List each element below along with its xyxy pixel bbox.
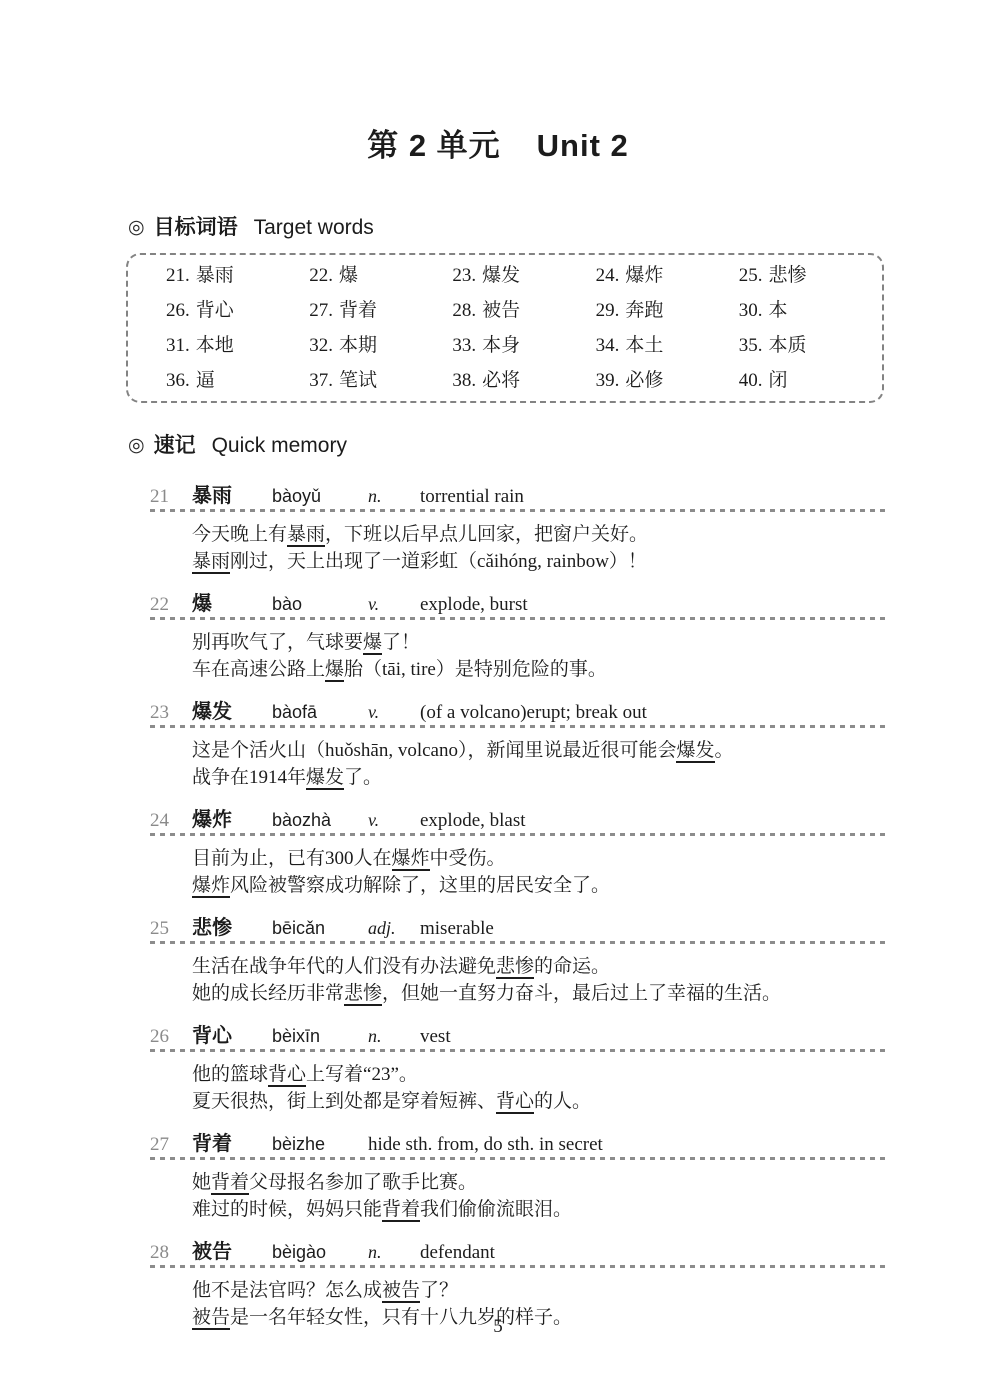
sentence-text: 的命运。 <box>534 956 610 977</box>
entry-part-of-speech: v. <box>368 702 420 723</box>
example-sentence: 这是个活火山（huǒshān, volcano），新闻里说最近很可能会爆发。 <box>192 737 890 764</box>
entry-pinyin: bèigào <box>272 1242 368 1263</box>
target-word-item: 36.逼 <box>166 363 309 398</box>
entry-pinyin: bàofā <box>272 702 368 723</box>
target-word-item: 34.本土 <box>596 328 739 363</box>
section-bullseye-icon: ◎ <box>128 215 145 241</box>
target-word-text: 爆 <box>339 265 358 286</box>
sentence-text: 他不是法官吗？怎么成 <box>192 1280 382 1301</box>
entry-headword: 爆 <box>192 587 272 616</box>
sentence-text: 她 <box>192 1172 211 1193</box>
sentence-text: 别再吹气了，气球要 <box>192 632 363 653</box>
target-word-item: 39.必修 <box>596 363 739 398</box>
entry-part-of-speech: n. <box>368 1242 420 1263</box>
sentence-text: ，下班以后早点儿回家，把窗户关好。 <box>325 524 648 545</box>
example-sentence: 他的篮球背心上写着“23”。 <box>192 1061 890 1088</box>
example-sentence: 夏天很热，街上到处都是穿着短裤、背心的人。 <box>192 1088 890 1115</box>
entry-part-of-speech: v. <box>368 594 420 615</box>
target-words-heading-en: Target words <box>254 215 374 241</box>
entry-number: 28 <box>150 1242 192 1264</box>
entry-headword: 被告 <box>192 1235 272 1264</box>
target-word-number: 25. <box>739 265 763 286</box>
quick-memory-entry: 25 悲惨 bēicǎn adj. miserable 生活在战争年代的人们没有… <box>150 911 890 1007</box>
target-word-text: 笔试 <box>339 370 377 391</box>
target-word-number: 28. <box>452 300 476 321</box>
target-word-number: 35. <box>739 335 763 356</box>
sentence-text: ，但她一直努力奋斗，最后过上了幸福的生活。 <box>382 983 781 1004</box>
target-word-number: 22. <box>309 265 333 286</box>
underlined-target-word: 爆炸 <box>392 848 430 871</box>
underlined-target-word: 背着 <box>211 1172 249 1195</box>
dotted-separator <box>150 509 890 512</box>
example-sentence: 别再吹气了，气球要爆了！ <box>192 629 890 656</box>
entry-header: 23 爆发 bàofā v. (of a volcano)erupt; brea… <box>150 695 890 721</box>
entry-header: 22 爆 bào v. explode, burst <box>150 587 890 613</box>
entry-headword: 爆炸 <box>192 803 272 832</box>
target-word-number: 24. <box>596 265 620 286</box>
underlined-target-word: 爆发 <box>676 740 714 763</box>
dotted-separator <box>150 833 890 836</box>
sentence-text: 战争在1914年 <box>192 767 306 788</box>
dotted-separator <box>150 941 890 944</box>
target-word-item: 25.悲惨 <box>739 258 882 293</box>
example-sentence: 她的成长经历非常悲惨，但她一直努力奋斗，最后过上了幸福的生活。 <box>192 980 890 1007</box>
entry-header: 21 暴雨 bàoyǔ n. torrential rain <box>150 479 890 505</box>
target-word-item: 22.爆 <box>309 258 452 293</box>
entry-headword: 背心 <box>192 1019 272 1048</box>
underlined-target-word: 爆发 <box>306 767 344 790</box>
sentence-text: 的人。 <box>534 1091 591 1112</box>
sentence-text: 难过的时候，妈妈只能 <box>192 1199 382 1220</box>
entry-headword: 暴雨 <box>192 479 272 508</box>
entry-pinyin: bào <box>272 594 368 615</box>
target-word-number: 27. <box>309 300 333 321</box>
entry-pinyin: bēicǎn <box>272 918 368 939</box>
sentence-text: 今天晚上有 <box>192 524 287 545</box>
target-words-heading-cn: 目标词语 <box>154 215 238 241</box>
target-word-number: 30. <box>739 300 763 321</box>
sentence-text: 他的篮球 <box>192 1064 268 1085</box>
page-title: 第 2 单元Unit 2 <box>0 0 996 165</box>
sentence-text: 刚过，天上出现了一道彩虹（cǎihóng, rainbow）！ <box>230 551 647 572</box>
entry-meaning: explode, blast <box>420 810 526 832</box>
target-word-text: 暴雨 <box>196 265 234 286</box>
entry-number: 22 <box>150 594 192 616</box>
entry-header: 28 被告 bèigào n. defendant <box>150 1235 890 1261</box>
entry-pinyin: bàoyǔ <box>272 486 368 507</box>
target-word-item: 24.爆炸 <box>596 258 739 293</box>
underlined-target-word: 被告 <box>382 1280 420 1303</box>
sentence-text: 风险被警察成功解除了，这里的居民安全了。 <box>230 875 610 896</box>
entry-header: 25 悲惨 bēicǎn adj. miserable <box>150 911 890 937</box>
target-words-box: 21.暴雨 22.爆 23.爆发 24.爆炸 25.悲惨 26.背心 27.背着… <box>126 253 884 403</box>
entry-sentences: 别再吹气了，气球要爆了！车在高速公路上爆胎（tāi, tire）是特别危险的事。 <box>192 629 890 683</box>
sentence-text: 生活在战争年代的人们没有办法避免 <box>192 956 496 977</box>
sentence-text: 这是个活火山（huǒshān, volcano），新闻里说最近很可能会 <box>192 740 676 761</box>
page-title-en: Unit 2 <box>537 128 629 163</box>
target-word-number: 23. <box>452 265 476 286</box>
example-sentence: 他不是法官吗？怎么成被告了？ <box>192 1277 890 1304</box>
dotted-separator <box>150 1049 890 1052</box>
target-word-number: 33. <box>452 335 476 356</box>
target-word-item: 21.暴雨 <box>166 258 309 293</box>
page-title-cn: 第 2 单元 <box>367 128 500 163</box>
entry-number: 26 <box>150 1026 192 1048</box>
quick-memory-entry: 23 爆发 bàofā v. (of a volcano)erupt; brea… <box>150 695 890 791</box>
entry-number: 23 <box>150 702 192 724</box>
sentence-text: 我们偷偷流眼泪。 <box>420 1199 572 1220</box>
entry-header: 27 背着 bèizhe hide sth. from, do sth. in … <box>150 1127 890 1153</box>
quick-memory-entry: 27 背着 bèizhe hide sth. from, do sth. in … <box>150 1127 890 1223</box>
section-bullseye-icon: ◎ <box>128 433 145 459</box>
sentence-text: 胎（tāi, tire）是特别危险的事。 <box>344 659 607 680</box>
target-word-text: 爆发 <box>482 265 520 286</box>
target-word-number: 31. <box>166 335 190 356</box>
target-word-number: 21. <box>166 265 190 286</box>
dotted-separator <box>150 1265 890 1268</box>
entry-number: 24 <box>150 810 192 832</box>
entry-meaning: miserable <box>420 918 494 940</box>
underlined-target-word: 暴雨 <box>192 551 230 574</box>
target-word-item: 28.被告 <box>452 293 595 328</box>
quick-memory-entries: 21 暴雨 bàoyǔ n. torrential rain 今天晚上有暴雨，下… <box>150 479 890 1331</box>
entry-part-of-speech: adj. <box>368 918 420 939</box>
target-word-text: 背着 <box>339 300 377 321</box>
entry-meaning: defendant <box>420 1242 495 1264</box>
target-word-item: 30.本 <box>739 293 882 328</box>
quick-memory-heading-cn: 速记 <box>154 433 196 459</box>
entry-sentences: 他的篮球背心上写着“23”。夏天很热，街上到处都是穿着短裤、背心的人。 <box>192 1061 890 1115</box>
sentence-text: 上写着“23”。 <box>306 1064 418 1085</box>
target-word-number: 37. <box>309 370 333 391</box>
target-word-text: 悲惨 <box>769 265 807 286</box>
example-sentence: 战争在1914年爆发了。 <box>192 764 890 791</box>
entry-sentences: 这是个活火山（huǒshān, volcano），新闻里说最近很可能会爆发。战争… <box>192 737 890 791</box>
target-word-number: 40. <box>739 370 763 391</box>
dotted-separator <box>150 725 890 728</box>
target-word-item: 33.本身 <box>452 328 595 363</box>
underlined-target-word: 悲惨 <box>496 956 534 979</box>
dotted-separator <box>150 1157 890 1160</box>
example-sentence: 难过的时候，妈妈只能背着我们偷偷流眼泪。 <box>192 1196 890 1223</box>
entry-meaning: torrential rain <box>420 486 524 508</box>
entry-pinyin: bèixīn <box>272 1026 368 1047</box>
target-word-number: 29. <box>596 300 620 321</box>
underlined-target-word: 悲惨 <box>344 983 382 1006</box>
sentence-text: 了？ <box>420 1280 458 1301</box>
target-word-text: 本质 <box>769 335 807 356</box>
underlined-target-word: 背心 <box>496 1091 534 1114</box>
sentence-text: 了。 <box>344 767 382 788</box>
underlined-target-word: 爆 <box>363 632 382 655</box>
target-word-item: 31.本地 <box>166 328 309 363</box>
entry-headword: 爆发 <box>192 695 272 724</box>
target-word-text: 背心 <box>196 300 234 321</box>
quick-memory-entry: 24 爆炸 bàozhà v. explode, blast 目前为止，已有30… <box>150 803 890 899</box>
target-word-text: 闭 <box>769 370 788 391</box>
entry-meaning: hide sth. from, do sth. in secret <box>368 1134 603 1156</box>
sentence-text: 。 <box>715 740 734 761</box>
entry-sentences: 今天晚上有暴雨，下班以后早点儿回家，把窗户关好。暴雨刚过，天上出现了一道彩虹（c… <box>192 521 890 575</box>
quick-memory-entry: 21 暴雨 bàoyǔ n. torrential rain 今天晚上有暴雨，下… <box>150 479 890 575</box>
example-sentence: 车在高速公路上爆胎（tāi, tire）是特别危险的事。 <box>192 656 890 683</box>
example-sentence: 今天晚上有暴雨，下班以后早点儿回家，把窗户关好。 <box>192 521 890 548</box>
entry-pinyin: bàozhà <box>272 810 368 831</box>
target-word-number: 32. <box>309 335 333 356</box>
sentence-text: 父母报名参加了歌手比赛。 <box>249 1172 477 1193</box>
target-word-number: 36. <box>166 370 190 391</box>
target-word-number: 26. <box>166 300 190 321</box>
target-word-item: 40.闭 <box>739 363 882 398</box>
target-word-number: 39. <box>596 370 620 391</box>
target-words-heading: ◎ 目标词语 Target words <box>128 215 996 241</box>
entry-part-of-speech: v. <box>368 810 420 831</box>
sentence-text: 了！ <box>382 632 420 653</box>
target-word-text: 本身 <box>482 335 520 356</box>
target-word-item: 37.笔试 <box>309 363 452 398</box>
entry-meaning: (of a volcano)erupt; break out <box>420 702 647 724</box>
example-sentence: 暴雨刚过，天上出现了一道彩虹（cǎihóng, rainbow）！ <box>192 548 890 575</box>
target-word-text: 本土 <box>625 335 663 356</box>
sentence-text: 目前为止，已有300人在 <box>192 848 392 869</box>
target-word-text: 奔跑 <box>625 300 663 321</box>
sentence-text: 她的成长经历非常 <box>192 983 344 1004</box>
target-word-item: 26.背心 <box>166 293 309 328</box>
example-sentence: 目前为止，已有300人在爆炸中受伤。 <box>192 845 890 872</box>
target-word-text: 爆炸 <box>625 265 663 286</box>
entry-number: 27 <box>150 1134 192 1156</box>
entry-meaning: explode, burst <box>420 594 528 616</box>
entry-sentences: 她背着父母报名参加了歌手比赛。难过的时候，妈妈只能背着我们偷偷流眼泪。 <box>192 1169 890 1223</box>
entry-pinyin: bèizhe <box>272 1134 368 1155</box>
target-word-text: 必修 <box>625 370 663 391</box>
target-word-item: 23.爆发 <box>452 258 595 293</box>
target-word-text: 本期 <box>339 335 377 356</box>
entry-part-of-speech: n. <box>368 1026 420 1047</box>
underlined-target-word: 爆 <box>325 659 344 682</box>
underlined-target-word: 爆炸 <box>192 875 230 898</box>
entry-number: 21 <box>150 486 192 508</box>
entry-header: 24 爆炸 bàozhà v. explode, blast <box>150 803 890 829</box>
target-word-text: 逼 <box>196 370 215 391</box>
quick-memory-entry: 26 背心 bèixīn n. vest 他的篮球背心上写着“23”。夏天很热，… <box>150 1019 890 1115</box>
entry-headword: 悲惨 <box>192 911 272 940</box>
quick-memory-entry: 22 爆 bào v. explode, burst 别再吹气了，气球要爆了！车… <box>150 587 890 683</box>
underlined-target-word: 背着 <box>382 1199 420 1222</box>
entry-header: 26 背心 bèixīn n. vest <box>150 1019 890 1045</box>
target-word-text: 被告 <box>482 300 520 321</box>
entry-sentences: 生活在战争年代的人们没有办法避免悲惨的命运。她的成长经历非常悲惨，但她一直努力奋… <box>192 953 890 1007</box>
target-word-number: 34. <box>596 335 620 356</box>
target-word-item: 32.本期 <box>309 328 452 363</box>
sentence-text: 车在高速公路上 <box>192 659 325 680</box>
example-sentence: 她背着父母报名参加了歌手比赛。 <box>192 1169 890 1196</box>
example-sentence: 爆炸风险被警察成功解除了，这里的居民安全了。 <box>192 872 890 899</box>
sentence-text: 夏天很热，街上到处都是穿着短裤、 <box>192 1091 496 1112</box>
target-word-item: 38.必将 <box>452 363 595 398</box>
target-word-number: 38. <box>452 370 476 391</box>
quick-memory-heading-en: Quick memory <box>212 433 347 459</box>
target-word-text: 必将 <box>482 370 520 391</box>
target-word-text: 本 <box>769 300 788 321</box>
entry-number: 25 <box>150 918 192 940</box>
example-sentence: 生活在战争年代的人们没有办法避免悲惨的命运。 <box>192 953 890 980</box>
quick-memory-heading: ◎ 速记 Quick memory <box>128 433 996 459</box>
target-word-text: 本地 <box>196 335 234 356</box>
page-number: 5 <box>0 1316 996 1338</box>
target-word-item: 29.奔跑 <box>596 293 739 328</box>
entry-headword: 背着 <box>192 1127 272 1156</box>
target-word-item: 27.背着 <box>309 293 452 328</box>
underlined-target-word: 背心 <box>268 1064 306 1087</box>
entry-sentences: 目前为止，已有300人在爆炸中受伤。爆炸风险被警察成功解除了，这里的居民安全了。 <box>192 845 890 899</box>
entry-part-of-speech: n. <box>368 486 420 507</box>
sentence-text: 中受伤。 <box>430 848 506 869</box>
underlined-target-word: 暴雨 <box>287 524 325 547</box>
entry-meaning: vest <box>420 1026 451 1048</box>
dotted-separator <box>150 617 890 620</box>
target-word-item: 35.本质 <box>739 328 882 363</box>
